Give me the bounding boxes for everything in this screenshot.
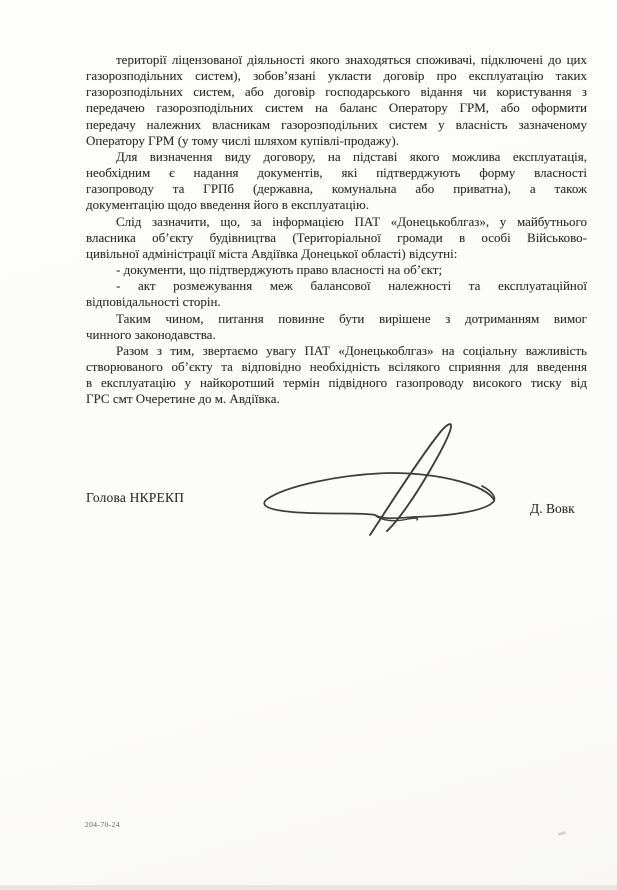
text-line: Слід зазначити, що, за інформацією ПАТ «… bbox=[86, 214, 587, 230]
text-line: газорозподільних систем), зобов’язані ук… bbox=[86, 68, 587, 84]
document-reference-number: 204-70-24 bbox=[85, 820, 120, 829]
scanned-letter-page: території ліцензованої діяльності якого … bbox=[0, 0, 617, 890]
text-line: цивільної адміністрації міста Авдіївка Д… bbox=[86, 246, 587, 262]
text-line: території ліцензованої діяльності якого … bbox=[86, 52, 587, 68]
scan-edge-strip bbox=[0, 885, 617, 890]
signer-title: Голова НКРЕКП bbox=[86, 490, 184, 506]
text-line: відповідальності сторін. bbox=[86, 294, 587, 310]
list-item: - документи, що підтверджують право влас… bbox=[86, 262, 587, 278]
text-line: Разом з тим, звертаємо увагу ПАТ «Донець… bbox=[86, 343, 587, 359]
scan-smudge bbox=[558, 831, 567, 836]
handwritten-signature-icon bbox=[258, 418, 503, 540]
text-line: ГРС смт Очеретине до м. Авдіївка. bbox=[86, 391, 587, 407]
text-line: документацію щодо введення його в експлу… bbox=[86, 197, 587, 213]
text-line: передачею газорозподільних систем на бал… bbox=[86, 100, 587, 116]
letter-body: території ліцензованої діяльності якого … bbox=[86, 52, 587, 407]
paragraph: Слід зазначити, що, за інформацією ПАТ «… bbox=[86, 214, 587, 262]
text-line: газорозподільних систем, або договір гос… bbox=[86, 84, 587, 100]
text-line: - акт розмежування меж балансової належн… bbox=[86, 278, 587, 294]
text-line: - документи, що підтверджують право влас… bbox=[86, 262, 587, 278]
text-line: в експлуатацію у найкоротший термін підв… bbox=[86, 375, 587, 391]
text-line: чинного законодавства. bbox=[86, 327, 587, 343]
text-line: створюваного об’єкту та відповідно необх… bbox=[86, 359, 587, 375]
list-item: - акт розмежування меж балансової належн… bbox=[86, 278, 587, 310]
text-line: передачу належних власникам газорозподіл… bbox=[86, 117, 587, 133]
text-line: необхідним є надання документів, які під… bbox=[86, 165, 587, 181]
paragraph: території ліцензованої діяльності якого … bbox=[86, 52, 587, 149]
paragraph: Для визначення виду договору, на підстав… bbox=[86, 149, 587, 214]
paragraph: Разом з тим, звертаємо увагу ПАТ «Донець… bbox=[86, 343, 587, 408]
text-line: Оператору ГРМ (у тому числі шляхом купів… bbox=[86, 133, 587, 149]
text-line: газопроводу та ГРПб (державна, комунальн… bbox=[86, 181, 587, 197]
signer-name: Д. Вовк bbox=[530, 501, 575, 517]
text-line: власника об’єкту будівництва (Територіал… bbox=[86, 230, 587, 246]
text-line: Для визначення виду договору, на підстав… bbox=[86, 149, 587, 165]
paragraph: Таким чином, питання повинне бути виріше… bbox=[86, 311, 587, 343]
text-line: Таким чином, питання повинне бути виріше… bbox=[86, 311, 587, 327]
